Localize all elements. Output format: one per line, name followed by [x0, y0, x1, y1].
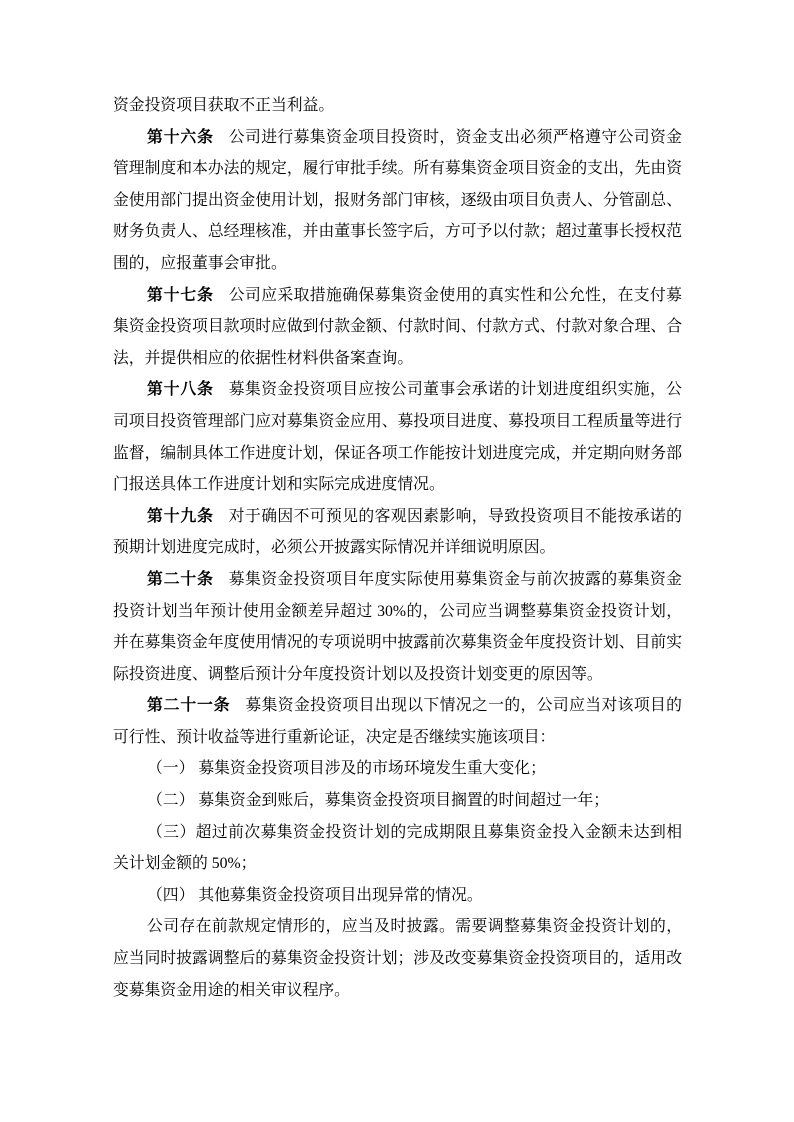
paragraph-text: （二） 募集资金到账后，募集资金投资项目搁置的时间超过一年； — [147, 792, 609, 809]
document-page: 资金投资项目获取不正当利益。第十六条公司进行募集资金项目投资时，资金支出必须严格… — [0, 0, 794, 1122]
paragraph: 资金投资项目获取不正当利益。 — [113, 90, 682, 122]
paragraph: 公司存在前款规定情形的，应当及时披露。需要调整募集资金投资计划的，应当同时披露调… — [113, 911, 682, 1006]
paragraph: （三）超过前次募集资金投资计划的完成期限且募集资金投入金额未达到相关计划金额的 … — [113, 817, 682, 880]
paragraph-text: （一） 募集资金投资项目涉及的市场环境发生重大变化； — [147, 760, 546, 777]
article-number: 第十七条 — [147, 287, 214, 304]
article-paragraph: 第十七条公司应采取措施确保募集资金使用的真实性和公允性，在支付募集资金投资项目款… — [113, 280, 682, 375]
article-paragraph: 第二十条募集资金投资项目年度实际使用募集资金与前次披露的募集资金投资计划当年预计… — [113, 564, 682, 690]
paragraph: （四） 其他募集资金投资项目出现异常的情况。 — [113, 880, 682, 912]
paragraph-text: 公司存在前款规定情形的，应当及时披露。需要调整募集资金投资计划的，应当同时披露调… — [113, 918, 682, 998]
article-number: 第十六条 — [147, 129, 214, 146]
article-number: 第十八条 — [147, 381, 214, 398]
article-number: 第二十条 — [147, 571, 214, 588]
article-number: 第十九条 — [147, 508, 214, 525]
paragraph: （一） 募集资金投资项目涉及的市场环境发生重大变化； — [113, 753, 682, 785]
article-paragraph: 第十八条募集资金投资项目应按公司董事会承诺的计划进度组织实施，公司项目投资管理部… — [113, 374, 682, 500]
article-paragraph: 第十六条公司进行募集资金项目投资时，资金支出必须严格遵守公司资金管理制度和本办法… — [113, 122, 682, 280]
paragraph-text: （三）超过前次募集资金投资计划的完成期限且募集资金投入金额未达到相关计划金额的 … — [113, 824, 682, 873]
article-paragraph: 第二十一条募集资金投资项目出现以下情况之一的，公司应当对该项目的可行性、预计收益… — [113, 690, 682, 753]
paragraph: （二） 募集资金到账后，募集资金投资项目搁置的时间超过一年； — [113, 785, 682, 817]
article-paragraph: 第十九条对于确因不可预见的客观因素影响，导致投资项目不能按承诺的预期计划进度完成… — [113, 501, 682, 564]
paragraph-text: 募集资金投资项目应按公司董事会承诺的计划进度组织实施，公司项目投资管理部门应对募… — [113, 381, 682, 493]
paragraph-text: （四） 其他募集资金投资项目出现异常的情况。 — [147, 887, 483, 904]
paragraph-text: 公司进行募集资金项目投资时，资金支出必须严格遵守公司资金管理制度和本办法的规定，… — [113, 129, 682, 272]
article-number: 第二十一条 — [147, 697, 230, 714]
document-content: 资金投资项目获取不正当利益。第十六条公司进行募集资金项目投资时，资金支出必须严格… — [113, 90, 682, 1006]
paragraph-text: 资金投资项目获取不正当利益。 — [113, 97, 334, 114]
